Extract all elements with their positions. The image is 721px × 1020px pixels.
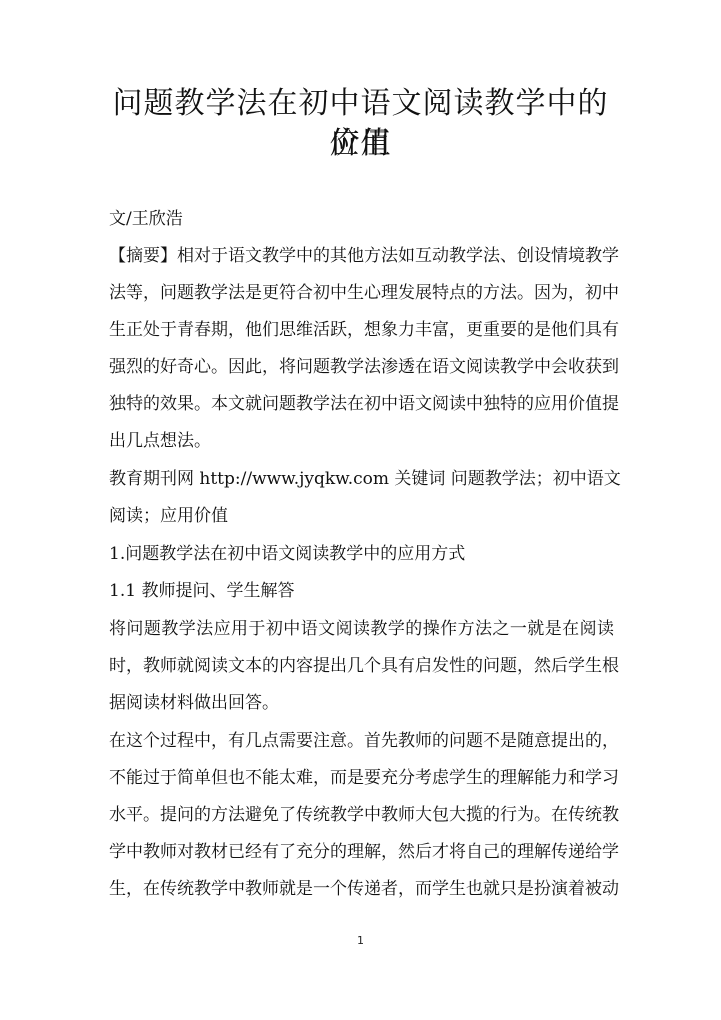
abstract-line: 独特的效果。本文就问题教学法在初中语文阅读中独特的应用价值提 bbox=[109, 393, 614, 415]
abstract-line: 生正处于青春期，他们思维活跃，想象力丰富，更重要的是他们具有 bbox=[109, 319, 614, 341]
document-page: 问题教学法在初中语文阅读教学中的应用 价值 文/王欣浩 【摘要】相对于语文教学中… bbox=[0, 0, 721, 1020]
abstract-line: 出几点想法。 bbox=[109, 430, 614, 452]
title-line-2: 价值 bbox=[108, 124, 613, 164]
keywords-line: 教育期刊网 http://www.jyqkw.com 关键词 问题教学法；初中语… bbox=[109, 468, 614, 490]
paragraph-line: 在这个过程中，有几点需要注意。首先教师的问题不是随意提出的， bbox=[109, 730, 614, 752]
paragraph-line: 不能过于简单但也不能太难，而是要充分考虑学生的理解能力和学习 bbox=[109, 767, 614, 789]
keywords-line: 阅读；应用价值 bbox=[109, 505, 614, 527]
subsection-heading: 1.1 教师提问、学生解答 bbox=[109, 580, 614, 602]
paragraph-line: 水平。提问的方法避免了传统教学中教师大包大揽的行为。在传统教 bbox=[109, 804, 614, 826]
paragraph-line: 学中教师对教材已经有了充分的理解，然后才将自己的理解传递给学 bbox=[109, 841, 614, 863]
abstract-line: 法等，问题教学法是更符合初中生心理发展特点的方法。因为，初中 bbox=[109, 282, 614, 304]
page-number: 1 bbox=[0, 934, 721, 947]
abstract-line: 强烈的好奇心。因此，将问题教学法渗透在语文阅读教学中会收获到 bbox=[109, 356, 614, 378]
paragraph-line: 生，在传统教学中教师就是一个传递者，而学生也就只是扮演着被动 bbox=[109, 878, 614, 900]
section-heading: 1.问题教学法在初中语文阅读教学中的应用方式 bbox=[109, 543, 614, 565]
abstract-line: 【摘要】相对于语文教学中的其他方法如互动教学法、创设情境教学 bbox=[109, 245, 614, 267]
paragraph-line: 据阅读材料做出回答。 bbox=[109, 692, 614, 714]
paragraph-line: 将问题教学法应用于初中语文阅读教学的操作方法之一就是在阅读 bbox=[109, 618, 614, 640]
paragraph-line: 时，教师就阅读文本的内容提出几个具有启发性的问题，然后学生根 bbox=[109, 655, 614, 677]
author-line: 文/王欣浩 bbox=[109, 208, 614, 230]
